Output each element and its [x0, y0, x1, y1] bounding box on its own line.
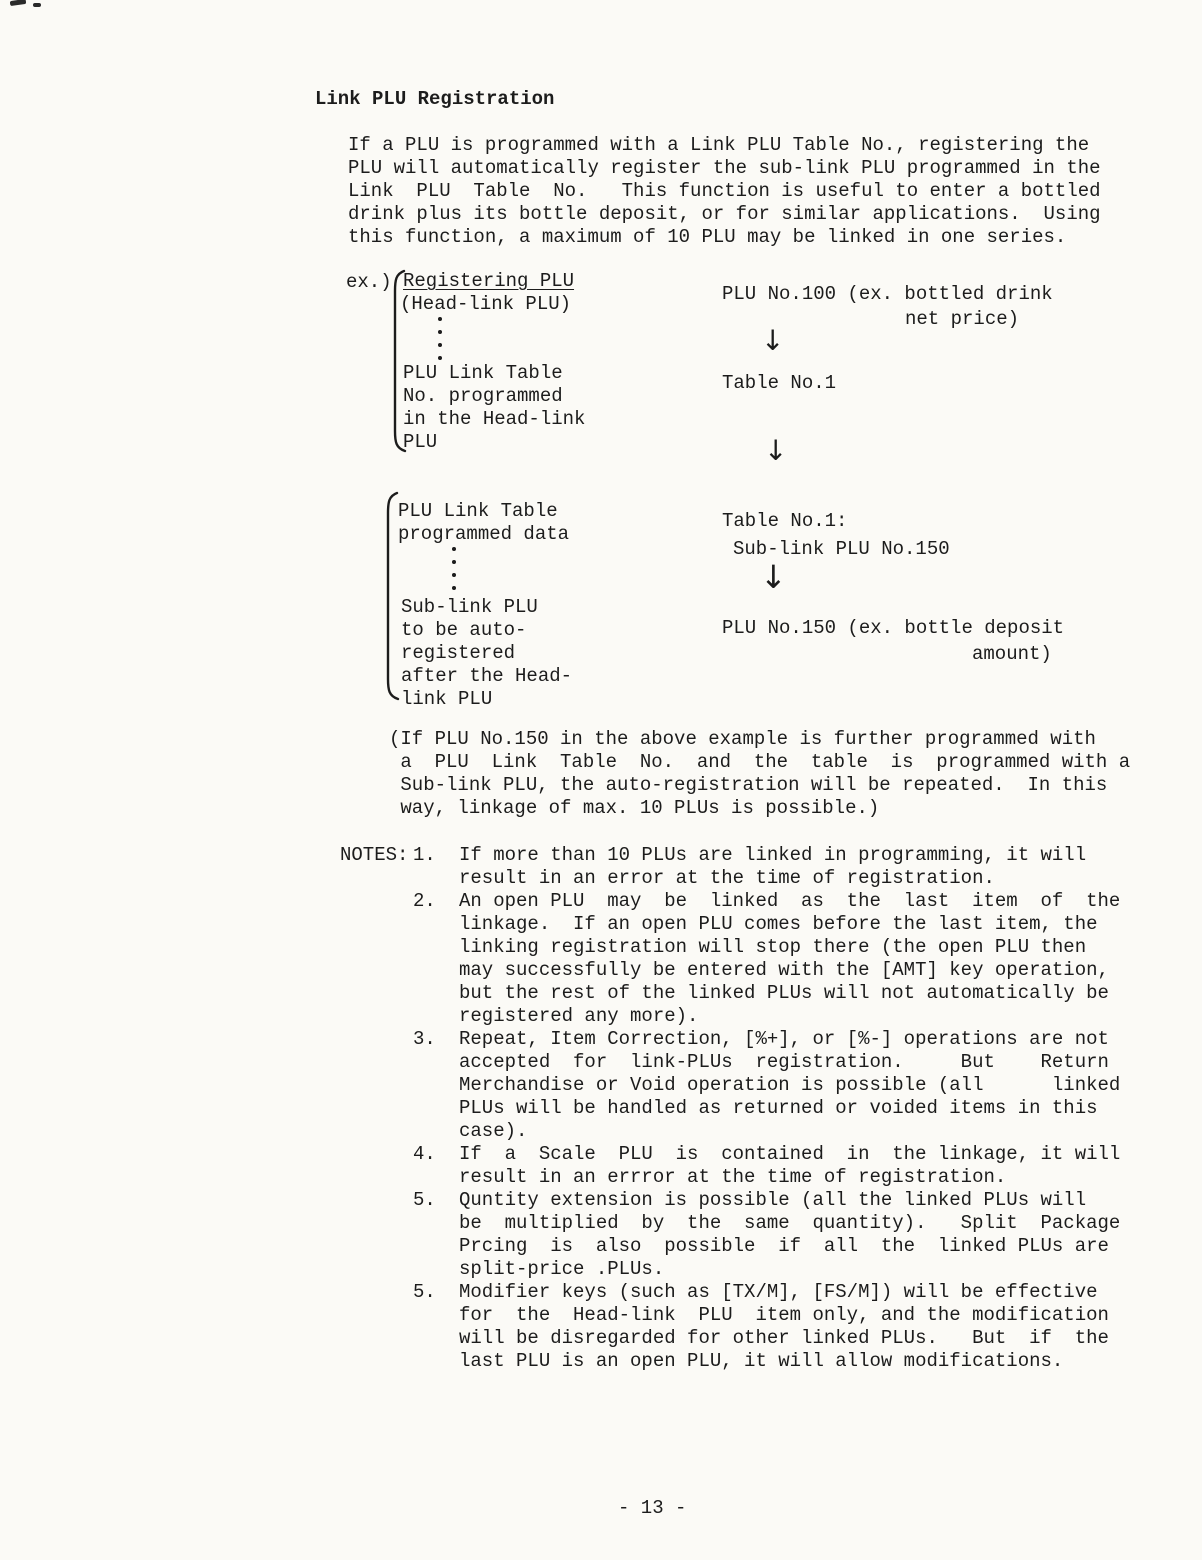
notes-list: 1. If more than 10 PLUs are linked in pr… [413, 844, 1120, 1373]
table-no-1-colon-label: Table No.1: [722, 510, 847, 533]
plu-link-table-data-label: PLU Link Tableprogrammed data [398, 500, 569, 546]
ellipsis-dots-icon [438, 317, 442, 360]
net-price-label: net price) [905, 308, 1019, 331]
note-item: 1. If more than 10 PLUs are linked in pr… [413, 844, 1120, 890]
note-text: Modifier keys (such as [TX/M], [FS/M]) w… [459, 1281, 1109, 1373]
plu-no-100-label: PLU No.100 (ex. bottled drink [722, 283, 1053, 306]
registering-plu-label: Registering PLU [403, 270, 574, 293]
note-number: 1. [413, 844, 459, 890]
sub-link-plu-label: Sub-link PLUto be auto-registeredafter t… [401, 596, 572, 711]
note-number: 5. [413, 1189, 459, 1281]
page-title: Link PLU Registration [315, 88, 554, 111]
scan-speck [33, 3, 41, 7]
amount-label: amount) [972, 643, 1052, 666]
note-number: 2. [413, 890, 459, 1028]
example-label: ex.) [346, 271, 392, 294]
note-text: An open PLU may be linked as the last it… [459, 890, 1120, 1028]
note-item: 4. If a Scale PLU is contained in the li… [413, 1143, 1120, 1189]
ellipsis-dots-icon [452, 547, 456, 590]
down-arrow-icon: ↓ [760, 561, 787, 593]
table-no-1-label: Table No.1 [722, 372, 836, 395]
note-number: 3. [413, 1028, 459, 1143]
note-number: 4. [413, 1143, 459, 1189]
down-arrow-icon: ↓ [764, 437, 787, 465]
plu-no-150-label: PLU No.150 (ex. bottle deposit [722, 617, 1064, 640]
head-link-plu-label: (Head-link PLU) [400, 293, 571, 316]
note-item: 5. Modifier keys (such as [TX/M], [FS/M]… [413, 1281, 1120, 1373]
note-text: If more than 10 PLUs are linked in progr… [459, 844, 1086, 890]
note-item: 3. Repeat, Item Correction, [%+], or [%-… [413, 1028, 1120, 1143]
down-arrow-icon: ↓ [761, 327, 784, 355]
plu-link-table-label: PLU Link TableNo. programmedin the Head-… [403, 362, 585, 454]
note-item: 2. An open PLU may be linked as the last… [413, 890, 1120, 1028]
notes-label: NOTES: [340, 844, 408, 867]
note-text: Repeat, Item Correction, [%+], or [%-] o… [459, 1028, 1120, 1143]
note-number: 5. [413, 1281, 459, 1373]
scan-speck [10, 0, 27, 6]
paren-note-paragraph: (If PLU No.150 in the above example is f… [389, 728, 1130, 820]
note-text: If a Scale PLU is contained in the linka… [459, 1143, 1120, 1189]
document-page: Link PLU Registration If a PLU is progra… [0, 0, 1202, 1560]
note-item: 5. Quntity extension is possible (all th… [413, 1189, 1120, 1281]
intro-paragraph: If a PLU is programmed with a Link PLU T… [348, 134, 1101, 249]
note-text: Quntity extension is possible (all the l… [459, 1189, 1120, 1281]
page-number: - 13 - [618, 1497, 686, 1520]
